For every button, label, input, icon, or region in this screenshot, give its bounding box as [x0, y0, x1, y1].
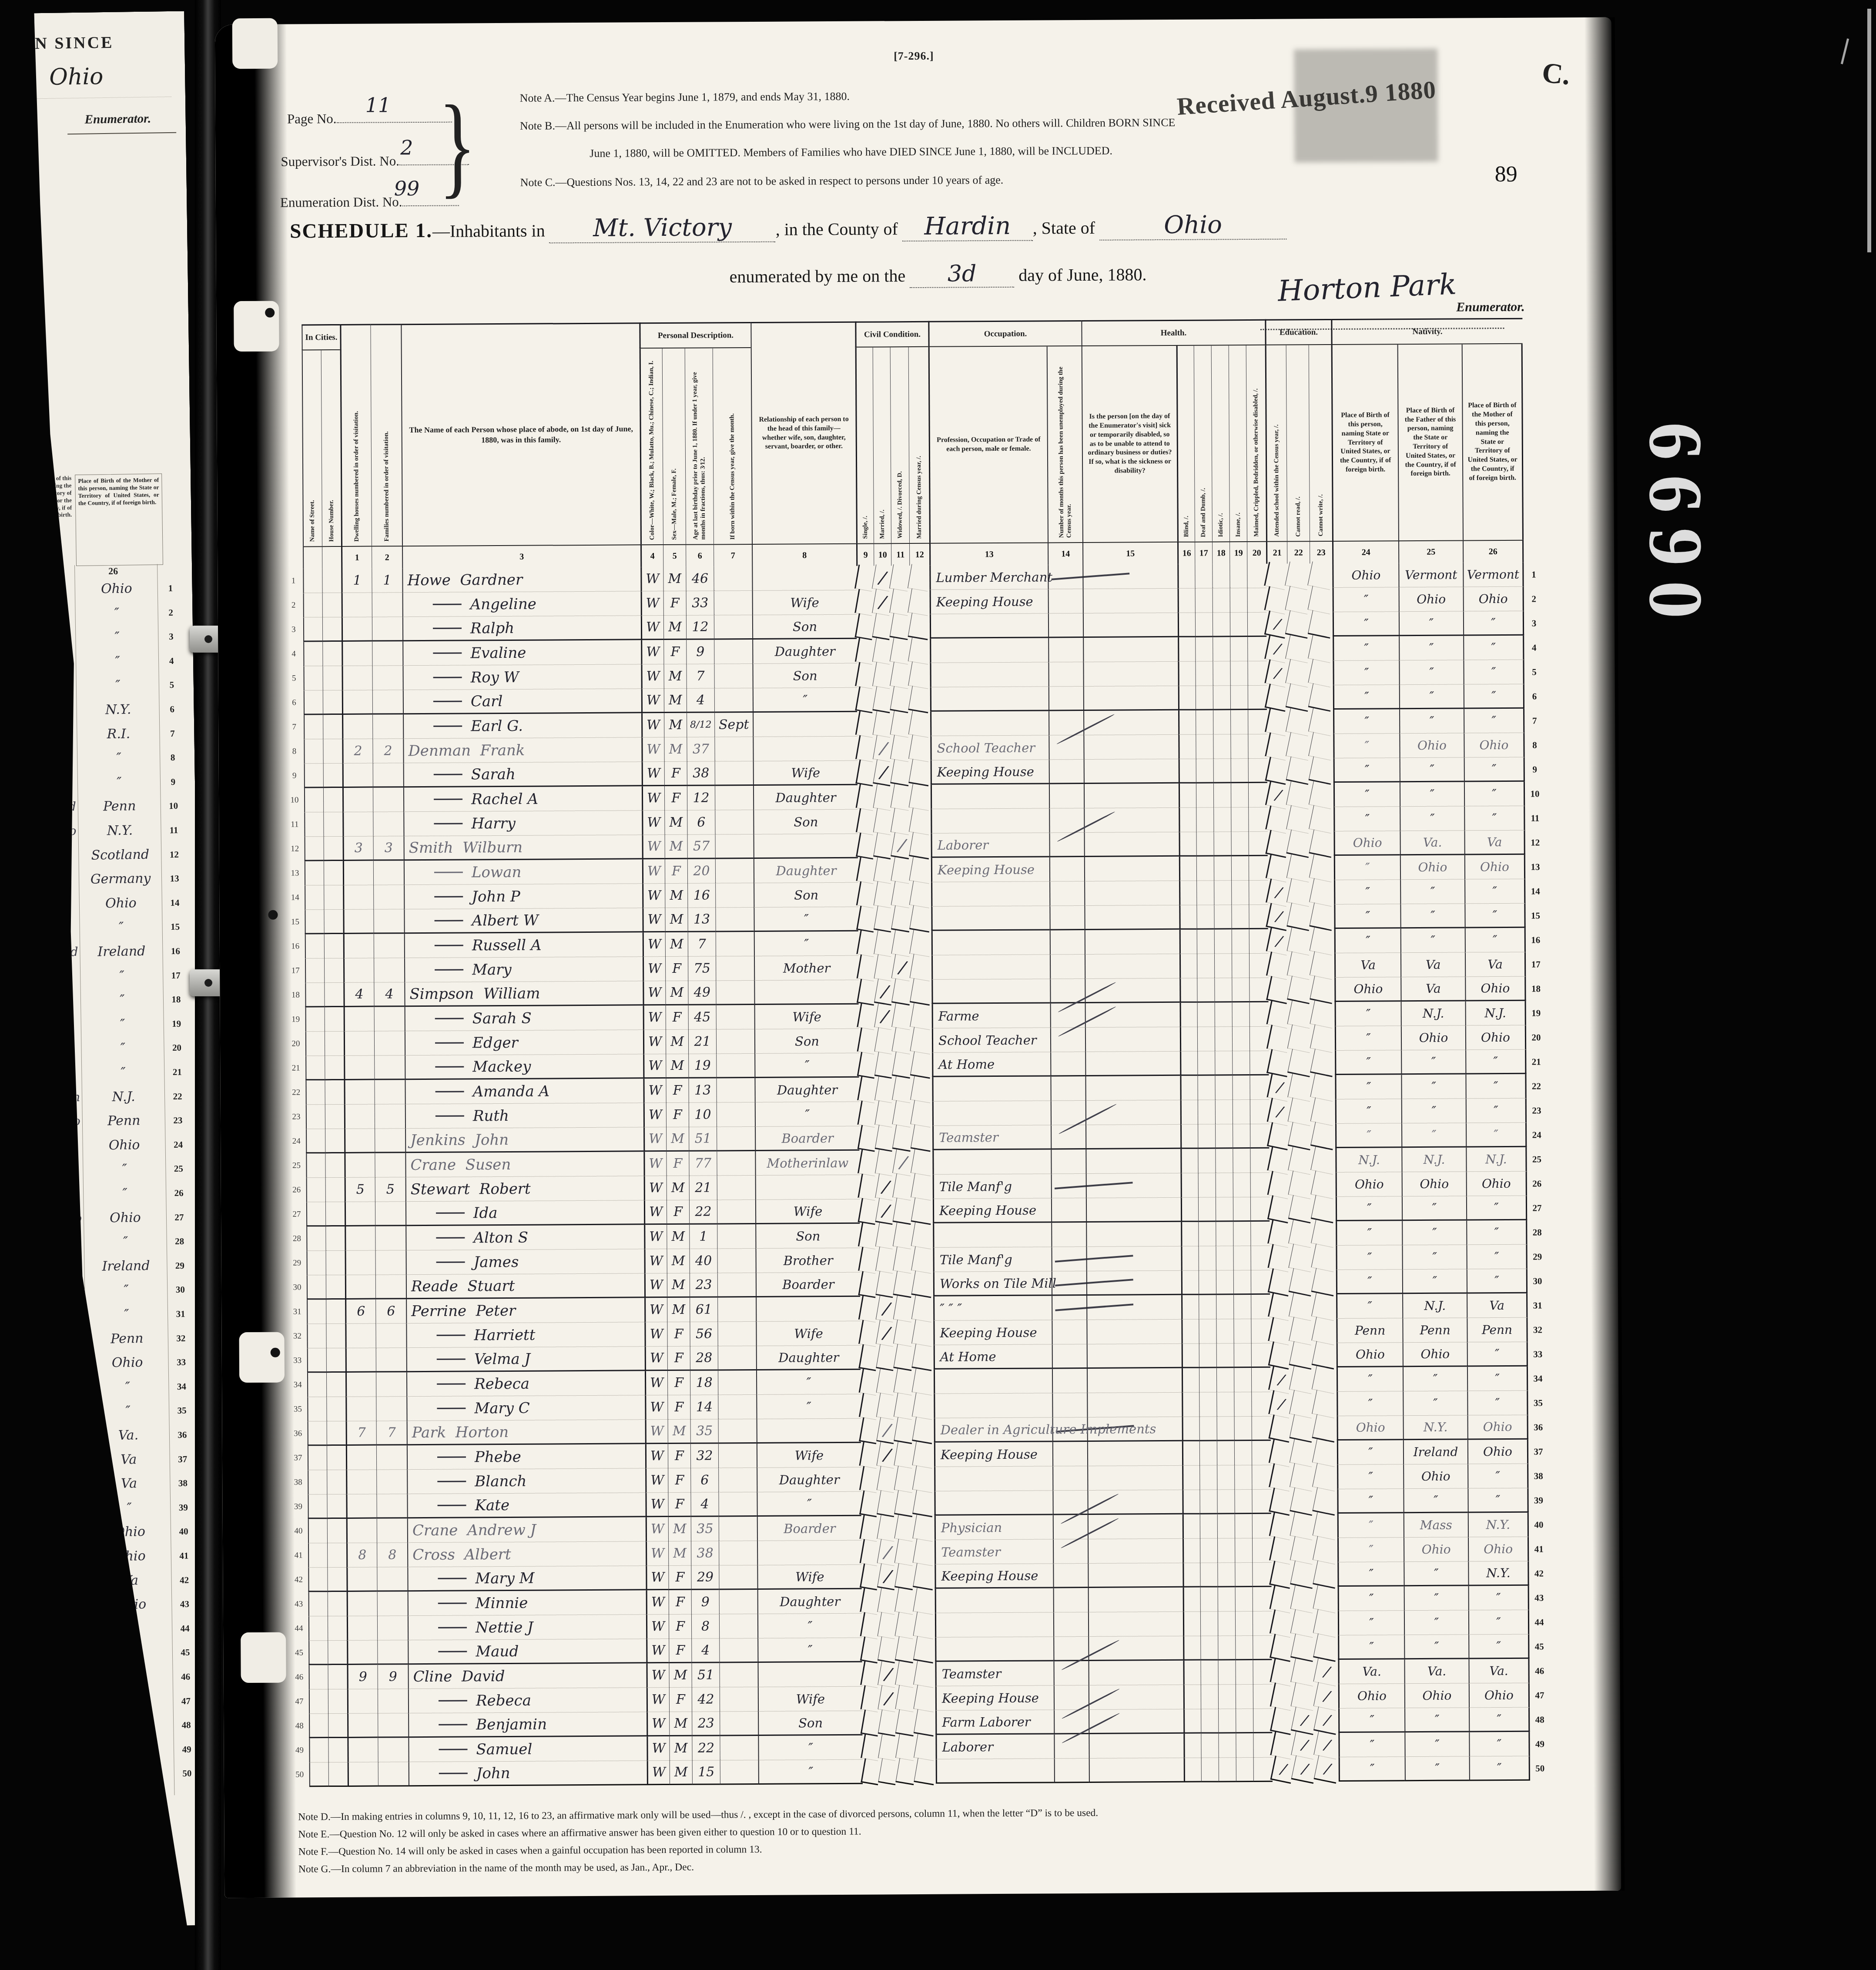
cell-c16 [1178, 735, 1196, 759]
cell-cannot-read [1288, 1220, 1315, 1248]
cell-cannot-write [1313, 1609, 1340, 1637]
cell-relationship: Wife [757, 1443, 861, 1468]
cell-pob-mother: ″ [1467, 1269, 1528, 1294]
cell-age: 23 [690, 1273, 717, 1297]
cell-attended-school [1267, 1146, 1292, 1175]
cell-cannot-write [1312, 1390, 1339, 1418]
row-number-right: 32 [1528, 1317, 1548, 1342]
cell-c19 [1235, 1587, 1253, 1612]
cell-street [309, 1738, 328, 1762]
cell-name: Jenkins John [405, 1127, 643, 1153]
cell-pob-father: ″ [1399, 709, 1464, 734]
cell-birth-month [717, 1127, 755, 1151]
cell-color: W [643, 1054, 666, 1079]
cell-c20 [1250, 1002, 1269, 1027]
cell-c20 [1247, 564, 1266, 588]
colnum-c2: 2 [372, 546, 402, 568]
cell-age: 21 [688, 1029, 716, 1054]
cell-pob-mother: ″ [1464, 684, 1524, 709]
cell-c17 [1195, 564, 1212, 588]
cell-c17 [1200, 1538, 1217, 1563]
cell-pob-mother: ″ [1469, 1756, 1530, 1781]
cell-unemployed [1053, 1539, 1088, 1564]
census-page: [7-296.] Received August.9 1880 C. 89 11… [215, 17, 1621, 1898]
cell-family [372, 593, 402, 617]
cell-cannot-read [1291, 1682, 1318, 1711]
cell-cannot-write: / [1314, 1755, 1341, 1783]
cell-c18 [1213, 613, 1230, 637]
cell-pob-father: Ohio [1403, 1342, 1467, 1367]
colnum-c20: 20 [1247, 541, 1266, 564]
cell-occupation [931, 906, 1049, 931]
cell-occupation [934, 1466, 1052, 1491]
cell-cannot-read [1289, 1293, 1316, 1321]
cell-birth-month [718, 1468, 757, 1492]
cell-married-in-year [913, 1636, 937, 1663]
row-number-right: 22 [1526, 1074, 1546, 1098]
prev-row-number: 38 [172, 1478, 193, 1489]
cell-c17 [1199, 1465, 1217, 1490]
cell-married-in-year [908, 588, 931, 616]
cell-c17 [1199, 1319, 1216, 1343]
cell-relationship [756, 1297, 860, 1322]
cell-pob: ″ [1335, 1050, 1401, 1075]
cell-family [374, 934, 404, 958]
row-number-right: 7 [1524, 708, 1544, 733]
cell-dwelling: 4 [343, 983, 374, 1007]
census-table: In Cities.Personal Description.Civil Con… [282, 318, 1550, 1787]
cell-family [378, 1689, 408, 1713]
prev-row-number: 30 [170, 1284, 191, 1296]
cell-occupation: Keeping House [933, 1198, 1051, 1223]
cell-cannot-read [1285, 610, 1312, 639]
cell-c16 [1181, 1198, 1198, 1222]
cell-cannot-write [1311, 1219, 1338, 1247]
cell-age: 51 [691, 1663, 719, 1687]
cell-c17 [1199, 1343, 1216, 1368]
cell-c19 [1234, 1368, 1251, 1392]
cell-c18 [1217, 1538, 1235, 1563]
prev-enumerator-label: Enumerator. [84, 112, 151, 127]
cell-c20 [1248, 783, 1267, 807]
cell-cannot-write [1312, 1487, 1339, 1515]
cell-c16 [1179, 881, 1196, 905]
cell-relationship: Son [754, 1029, 859, 1054]
prev-pob-mother: Scotland [81, 847, 159, 863]
cell-c17 [1196, 856, 1214, 881]
cell-street [308, 1494, 327, 1519]
cell-family [375, 1129, 405, 1153]
cell-unemployed [1050, 930, 1085, 955]
cell-name: Kate [407, 1493, 645, 1518]
cell-unemployed [1050, 1028, 1085, 1052]
cell-c19 [1235, 1636, 1253, 1660]
cell-married-in-year [912, 1417, 936, 1444]
cell-relationship: Boarder [756, 1273, 860, 1297]
cell-dwelling [343, 885, 373, 910]
colhead-c5: Sex—Male, M.; Female, F. [662, 348, 686, 544]
cell-c16 [1180, 1027, 1197, 1052]
prev-pob-mother: Ireland [87, 1258, 165, 1274]
cell-dwelling [347, 1616, 377, 1641]
cell-c18 [1213, 710, 1230, 734]
cell-married-in-year [910, 1075, 934, 1103]
cell-sickness [1087, 1441, 1182, 1466]
cell-color: W [644, 1249, 667, 1273]
cell-family [373, 885, 404, 909]
schedule-label: SCHEDULE 1. [290, 219, 432, 243]
cell-sickness [1083, 613, 1178, 638]
cell-pob-father: ″ [1404, 1561, 1468, 1586]
cell-relationship: Boarder [755, 1126, 859, 1151]
cell-color: W [647, 1712, 669, 1736]
prev-pob-father-fragment: den [31, 1235, 82, 1250]
cell-name: Carl [403, 689, 641, 714]
cell-cannot-write [1309, 781, 1336, 809]
county-value: Hardin [924, 212, 1011, 241]
cell-c16 [1183, 1588, 1200, 1612]
cell-pob-mother: Ohio [1464, 733, 1524, 758]
cell-married-in-year [910, 1027, 934, 1054]
cell-married-in-year [911, 1173, 935, 1200]
cell-c19 [1231, 783, 1248, 807]
cell-c17 [1199, 1441, 1217, 1465]
prev-pob-mother: ″ [84, 1016, 162, 1032]
cell-family [377, 1640, 408, 1665]
prev-row-number: 15 [164, 921, 185, 933]
colnum-c21: 21 [1266, 541, 1287, 564]
cell-married-in-year [911, 1222, 935, 1249]
cell-sickness [1086, 1173, 1181, 1198]
cell-c20 [1250, 1027, 1269, 1051]
cell-family [375, 1202, 405, 1226]
cell-dwelling [347, 1641, 377, 1665]
cell-birth-month [714, 640, 752, 664]
cell-c19 [1229, 564, 1247, 588]
cell-relationship: Wife [753, 761, 858, 786]
row-number-right: 37 [1528, 1439, 1548, 1464]
cell-cannot-read [1288, 1122, 1315, 1150]
cell-street [306, 1129, 325, 1153]
prev-pob-mother: R.I. [79, 726, 157, 742]
binder-tab [239, 1332, 285, 1383]
colnum-c1: 1 [341, 546, 372, 569]
colnum-c17: 17 [1195, 541, 1212, 564]
cell-cannot-read: / [1291, 1731, 1318, 1759]
cell-sickness [1083, 735, 1178, 760]
prev-pob-mother: N.J. [84, 1089, 163, 1105]
cell-c18 [1217, 1465, 1234, 1490]
cell-c16 [1183, 1636, 1200, 1661]
enumerator-label: Enumerator. [1456, 300, 1525, 315]
cell-c18 [1215, 1124, 1233, 1149]
cell-attended-school [1270, 1707, 1295, 1735]
cell-family: 6 [375, 1299, 406, 1323]
cell-sickness [1083, 637, 1178, 662]
cell-c18 [1217, 1441, 1234, 1465]
cell-family [373, 909, 404, 934]
cell-unemployed [1049, 881, 1084, 906]
cell-c18 [1216, 1246, 1233, 1270]
enumerated-label2: day of June, 1880. [1018, 265, 1147, 285]
cell-birth-month [718, 1395, 756, 1419]
cell-occupation: Dealer in Agriculture Implements [934, 1417, 1052, 1442]
cell-birth-month [718, 1419, 757, 1444]
prev-row-number: 41 [174, 1550, 194, 1561]
colhead-c8: Relationship of each person to the head … [750, 322, 856, 544]
cell-color: W [644, 1322, 667, 1347]
cell-street [305, 1007, 325, 1032]
colhead-c25: Place of Birth of the Father of this per… [1397, 344, 1463, 540]
cell-attended-school [1268, 1293, 1293, 1321]
cell-pob: ″ [1337, 1489, 1403, 1514]
cell-birth-month [717, 1224, 755, 1249]
row-number-right: 43 [1529, 1585, 1549, 1610]
cell-c17 [1196, 710, 1213, 734]
cell-occupation [933, 1223, 1051, 1247]
cell-c19 [1234, 1392, 1251, 1417]
cell-pob-father: N.J. [1402, 1293, 1467, 1318]
prev-row-number: 50 [177, 1768, 198, 1779]
cell-house [324, 958, 343, 983]
cell-sickness [1087, 1466, 1182, 1491]
cell-married-in-year [912, 1490, 936, 1517]
cell-unemployed [1054, 1759, 1089, 1783]
prev-header-fragment: N SINCE [35, 33, 114, 54]
colhead-c20: Maimed, Crippled, Bedridden, or otherwis… [1246, 345, 1266, 541]
colnum-c11: 11 [891, 543, 909, 566]
state-value: Ohio [1164, 211, 1222, 239]
cell-c17 [1197, 1075, 1215, 1100]
cell-unemployed [1049, 735, 1083, 760]
cell-cannot-write [1310, 1073, 1337, 1101]
colhead-c1: Dwelling houses numbered in order of vis… [340, 324, 372, 546]
cell-pob-mother: Va. [1468, 1659, 1529, 1684]
cell-street [305, 910, 324, 934]
cell-pob-father: Va. [1400, 831, 1464, 855]
cell-c19 [1232, 954, 1249, 978]
cell-street [304, 715, 323, 739]
cell-married-in-year [913, 1612, 937, 1639]
cell-sex: F [668, 1468, 690, 1493]
cell-pob-mother: ″ [1463, 636, 1524, 660]
cell-family [373, 812, 403, 836]
cell-attended-school [1270, 1731, 1295, 1759]
enumerator-signature: Horton Park [1277, 267, 1457, 308]
cell-c17 [1199, 1368, 1216, 1392]
cell-house [327, 1470, 346, 1494]
binder-tab [232, 18, 278, 69]
cell-c18 [1213, 588, 1230, 613]
row-number-right: 2 [1524, 586, 1544, 611]
cell-sex: F [665, 859, 687, 884]
cell-cannot-write [1309, 829, 1336, 858]
cell-birth-month [714, 737, 753, 761]
cell-unemployed [1051, 1149, 1085, 1174]
cell-pob-father: ″ [1400, 757, 1464, 782]
cell-unemployed [1052, 1320, 1086, 1344]
group-nativity: Nativity. [1331, 318, 1522, 345]
cell-dwelling [345, 1397, 376, 1421]
cell-occupation: Tile Manf'g [933, 1174, 1051, 1199]
cell-cannot-read [1287, 1025, 1314, 1053]
cell-relationship: Wife [758, 1687, 862, 1712]
cell-c17 [1200, 1563, 1217, 1587]
cell-pob-father: ″ [1399, 660, 1463, 685]
cell-house [325, 1080, 344, 1105]
cell-occupation [930, 687, 1049, 711]
cell-c17 [1201, 1758, 1219, 1782]
cell-c18 [1213, 807, 1231, 832]
cell-married-in-year [909, 905, 933, 932]
cell-cannot-read [1287, 951, 1314, 980]
cell-name: Mary C [406, 1395, 645, 1421]
prev-pob-mother: Penn [80, 798, 159, 815]
cell-pob-mother: ″ [1464, 879, 1525, 904]
cell-color: W [646, 1615, 669, 1639]
prev-row-number: 26 [168, 1188, 189, 1199]
group-personal: Personal Description. [639, 322, 750, 348]
cell-c20 [1250, 1246, 1270, 1270]
cell-street [309, 1714, 328, 1738]
cell-sex: M [669, 1712, 692, 1736]
cell-age: 4 [690, 1492, 718, 1517]
cell-cannot-read [1288, 1195, 1315, 1223]
colhead-c12: Married during Census year, /. [908, 347, 929, 543]
cell-age: 12 [686, 615, 714, 640]
cell-sickness [1086, 1198, 1181, 1223]
cell-dwelling [342, 812, 373, 837]
cell-relationship: Son [752, 615, 857, 640]
cell-cannot-write [1312, 1463, 1339, 1491]
cell-sex: M [667, 1249, 690, 1273]
row-number-right: 45 [1529, 1634, 1549, 1658]
cell-c18 [1214, 954, 1232, 978]
cell-sex: M [670, 1761, 692, 1785]
cell-married-in-year [908, 661, 932, 689]
cell-pob: ″ [1335, 1002, 1401, 1026]
cell-sex: M [668, 1541, 691, 1566]
cell-occupation [931, 784, 1049, 809]
cell-sex: M [667, 1273, 690, 1298]
cell-cannot-read [1286, 781, 1313, 809]
row-number-right: 47 [1530, 1683, 1550, 1707]
cell-attended-school [1264, 586, 1290, 614]
cell-married-in-year [914, 1709, 938, 1736]
prev-row-number: 37 [172, 1454, 193, 1465]
cell-sickness [1085, 954, 1179, 979]
cell-house [323, 788, 342, 812]
cell-name: Russell A [404, 932, 643, 958]
cell-attended-school [1266, 854, 1291, 882]
cell-street [305, 1056, 325, 1080]
cell-street [304, 764, 323, 788]
row-number-right: 31 [1528, 1293, 1548, 1317]
colhead-c4: Color—White, W.; Black, B.; Mulatto, Mu.… [640, 348, 663, 544]
cell-c18 [1213, 734, 1230, 759]
cell-married-in-year [908, 686, 932, 713]
cell-sickness [1084, 832, 1179, 857]
cell-sex: M [664, 737, 687, 762]
cell-sickness [1086, 1295, 1181, 1320]
cell-c19 [1236, 1758, 1253, 1782]
cell-attended-school: / [1265, 781, 1290, 809]
prev-pob-mother: ″ [87, 1234, 165, 1250]
cell-attended-school: / [1266, 903, 1291, 931]
cell-attended-school [1265, 805, 1290, 834]
cell-relationship [754, 980, 858, 1005]
colnum-c5: 5 [663, 544, 686, 567]
cell-sex: F [665, 957, 688, 981]
cell-sex: F [667, 1200, 689, 1225]
cell-family [373, 861, 404, 885]
cell-c20 [1253, 1758, 1273, 1782]
cell-color: W [642, 762, 664, 786]
cell-sickness [1084, 784, 1179, 808]
cell-occupation [932, 1076, 1050, 1101]
cell-cannot-read [1289, 1341, 1316, 1370]
cell-sex: M [668, 1517, 691, 1541]
cell-attended-school [1269, 1488, 1294, 1516]
cell-unemployed [1051, 1247, 1086, 1271]
row-number-right: 38 [1528, 1464, 1548, 1488]
cell-birth-month [715, 810, 753, 834]
cell-pob: Ohio [1333, 831, 1400, 856]
cell-c20 [1250, 1100, 1269, 1124]
cell-attended-school [1265, 708, 1290, 736]
cell-house [327, 1494, 346, 1519]
cell-color: W [641, 640, 663, 664]
cell-sex: F [667, 1322, 690, 1347]
cell-c19 [1235, 1612, 1253, 1636]
cell-birth-month [714, 664, 752, 688]
cell-pob-father: ″ [1403, 1488, 1467, 1513]
cell-dwelling [344, 1056, 374, 1080]
cell-attended-school: / [1268, 1390, 1293, 1418]
cell-cannot-write [1311, 1268, 1338, 1296]
cell-c17 [1198, 1197, 1216, 1222]
cell-street [304, 788, 323, 812]
cell-dwelling [342, 715, 372, 739]
cell-age: 18 [690, 1370, 718, 1395]
cell-dwelling [343, 958, 374, 983]
cell-relationship: Mother [754, 956, 858, 981]
prev-pob-mother: Ohio [82, 895, 160, 911]
cell-married-in-year [909, 783, 933, 811]
cell-c16 [1184, 1758, 1201, 1782]
prev-row-number: 22 [167, 1091, 188, 1102]
cell-relationship: ″ [756, 1394, 861, 1419]
cell-occupation: Keeping House [935, 1685, 1054, 1710]
cell-married-in-year [913, 1538, 937, 1566]
colnum-c24: 24 [1332, 540, 1398, 563]
prev-col26-number: 26 [108, 566, 118, 577]
cell-c18 [1214, 881, 1231, 905]
cell-color: W [640, 567, 663, 591]
cell-street [308, 1641, 328, 1665]
colhead-c22: Cannot read, /. [1286, 345, 1310, 541]
cell-name: Cross Albert [407, 1541, 646, 1567]
cell-cannot-write [1310, 975, 1337, 1004]
cell-c20 [1248, 686, 1267, 710]
cell-age: 10 [689, 1102, 717, 1127]
row-number-right: 5 [1524, 660, 1544, 684]
cell-birth-month [717, 1151, 755, 1176]
cell-c16 [1180, 1100, 1198, 1125]
cell-family [376, 1445, 407, 1470]
cell-occupation [935, 1637, 1053, 1662]
cell-cannot-read [1287, 927, 1314, 955]
